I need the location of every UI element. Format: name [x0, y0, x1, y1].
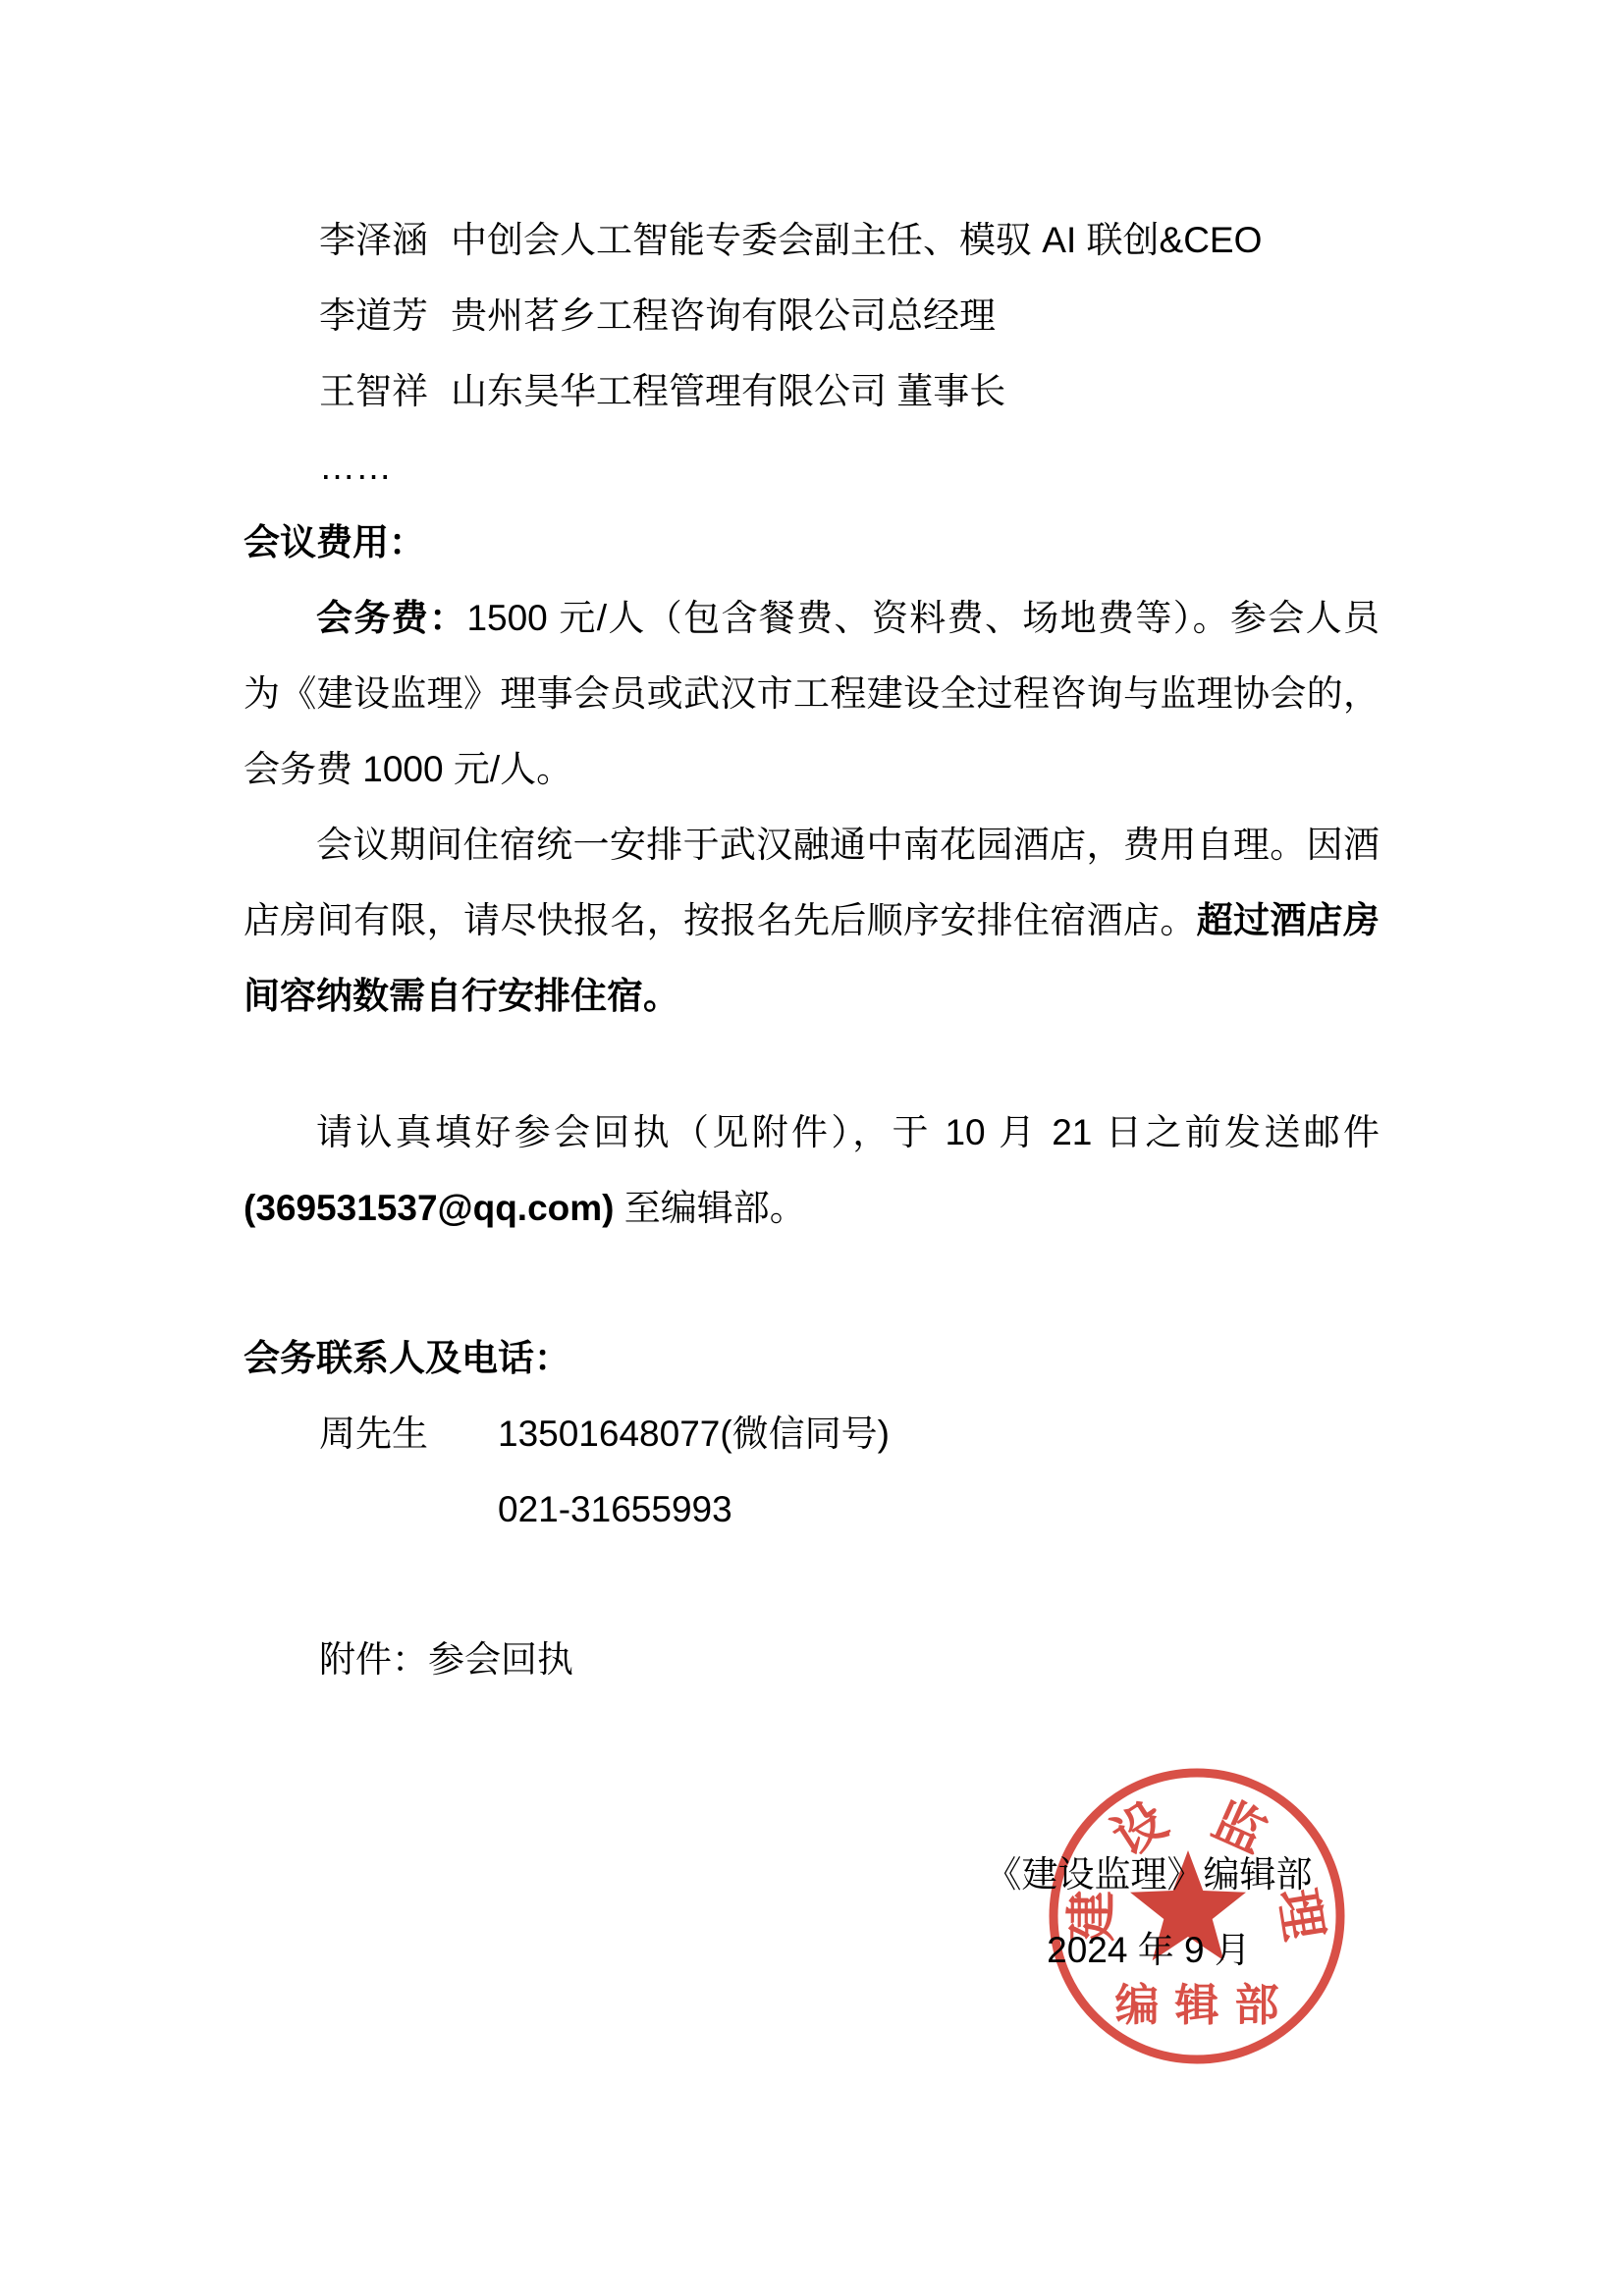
contact-row: 周先生13501648077(微信同号) — [244, 1396, 1380, 1471]
signature-block: 《建设监理》编辑部 2024 年 9 月 — [957, 1837, 1340, 1988]
reply-after: 至编辑部。 — [614, 1188, 805, 1228]
reply-paragraph: 请认真填好参会回执（见附件），于 10 月 21 日之前发送邮件 (369531… — [244, 1095, 1380, 1246]
attachment-line: 附件：参会回执 — [244, 1622, 1380, 1697]
contact-phone-mobile: 13501648077(微信同号) — [498, 1414, 890, 1454]
speaker-title: 山东昊华工程管理有限公司 董事长 — [451, 371, 1005, 411]
speaker-name: 李道芳 — [319, 295, 428, 336]
reply-email: (369531537@qq.com) — [244, 1188, 614, 1228]
fee-paragraph: 会务费：1500 元/人（包含餐费、资料费、场地费等）。参会人员为《建设监理》理… — [244, 580, 1380, 807]
speaker-name: 李泽涵 — [319, 220, 428, 260]
document-body: 李泽涵中创会人工智能专委会副主任、模驭 AI 联创&CEO 李道芳贵州茗乡工程咨… — [244, 202, 1380, 1697]
speaker-row: 李道芳贵州茗乡工程咨询有限公司总经理 — [244, 278, 1380, 353]
contact-name: 周先生 — [319, 1396, 498, 1471]
ellipsis-line: …… — [244, 429, 1380, 505]
signature-org: 《建设监理》编辑部 — [957, 1837, 1340, 1912]
document-page: 李泽涵中创会人工智能专委会副主任、模驭 AI 联创&CEO 李道芳贵州茗乡工程咨… — [0, 0, 1624, 2296]
fee-lead: 会务费： — [316, 598, 466, 638]
signature-date: 2024 年 9 月 — [957, 1912, 1340, 1988]
contact-row: 021-31655993 — [244, 1471, 1380, 1547]
speaker-name: 王智祥 — [319, 371, 428, 411]
speaker-row: 王智祥山东昊华工程管理有限公司 董事长 — [244, 353, 1380, 429]
reply-before: 请认真填好参会回执（见附件），于 10 月 21 日之前发送邮件 — [316, 1112, 1380, 1152]
fees-heading: 会议费用： — [244, 505, 1380, 580]
contact-phone-landline: 021-31655993 — [498, 1489, 732, 1529]
hotel-paragraph: 会议期间住宿统一安排于武汉融通中南花园酒店，费用自理。因酒店房间有限，请尽快报名… — [244, 807, 1380, 1034]
speaker-title: 中创会人工智能专委会副主任、模驭 AI 联创&CEO — [451, 220, 1262, 260]
speaker-list: 李泽涵中创会人工智能专委会副主任、模驭 AI 联创&CEO 李道芳贵州茗乡工程咨… — [244, 202, 1380, 429]
contacts-heading: 会务联系人及电话： — [244, 1320, 1380, 1396]
speaker-row: 李泽涵中创会人工智能专委会副主任、模驭 AI 联创&CEO — [244, 202, 1380, 278]
speaker-title: 贵州茗乡工程咨询有限公司总经理 — [451, 295, 996, 336]
